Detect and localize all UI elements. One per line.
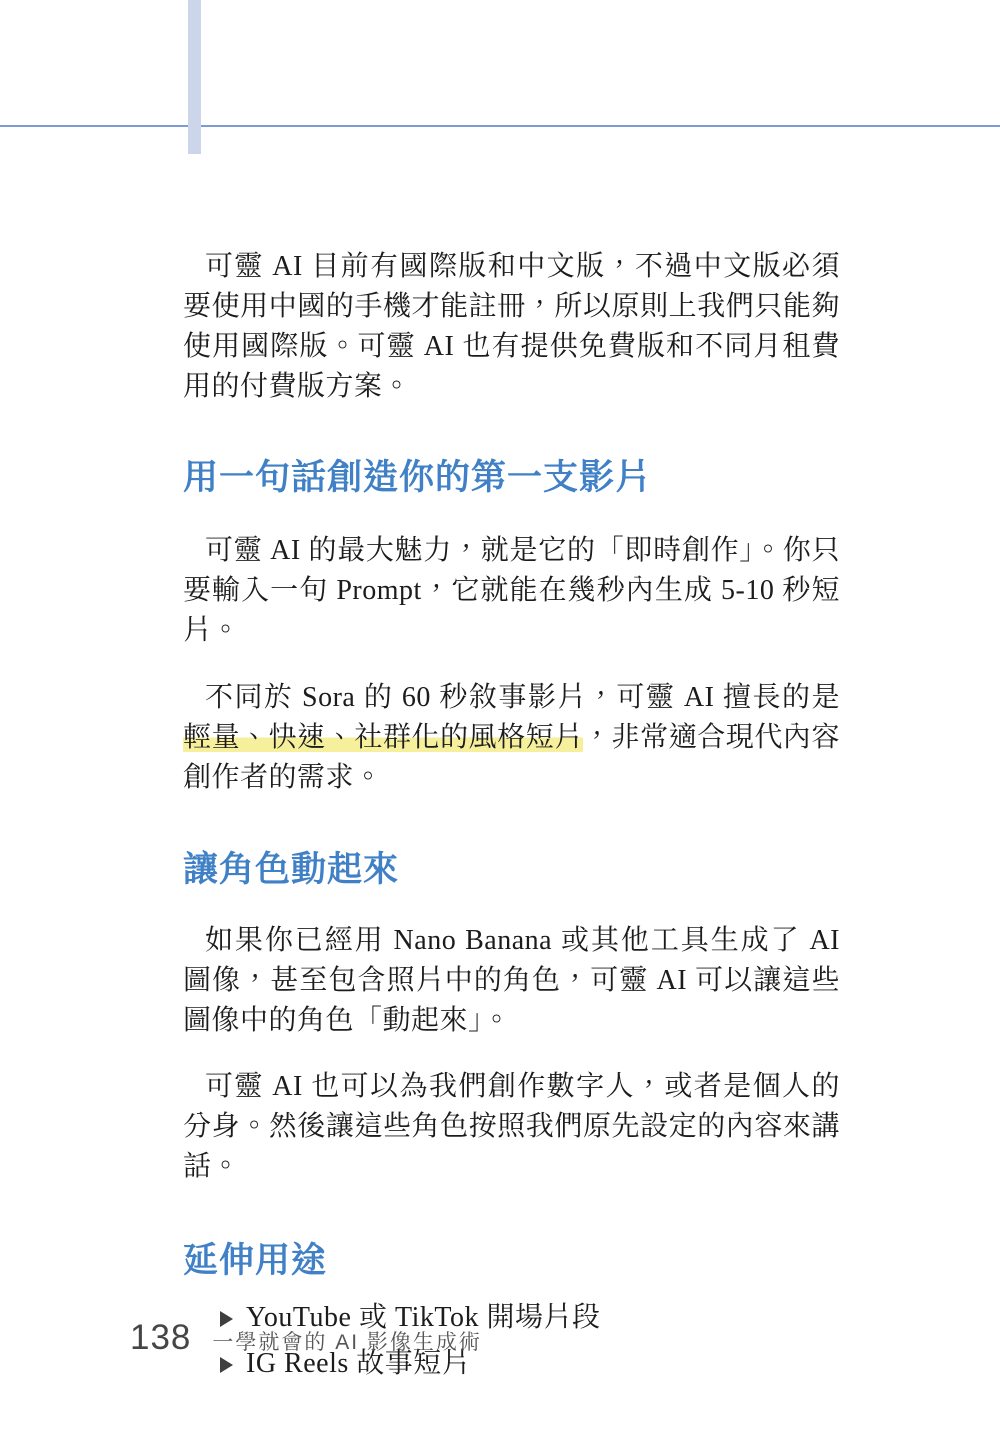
top-accent-bar (188, 0, 201, 154)
page-number: 138 (130, 1318, 191, 1358)
body-paragraph-with-highlight: 不同於 Sora 的 60 秒敘事影片，可靈 AI 擅長的是輕量、快速、社群化的… (183, 678, 840, 798)
intro-paragraph: 可靈 AI 目前有國際版和中文版，不過中文版必須要使用中國的手機才能註冊，所以原… (183, 247, 840, 407)
book-title: 一學就會的 AI 影像生成術 (212, 1326, 482, 1356)
page-footer: 138 一學就會的 AI 影像生成術 (130, 1318, 482, 1358)
book-page: 可靈 AI 目前有國際版和中文版，不過中文版必須要使用中國的手機才能註冊，所以原… (0, 0, 1000, 1430)
section-heading-extended-uses: 延伸用途 (183, 1239, 840, 1283)
body-paragraph: 可靈 AI 也可以為我們創作數字人，或者是個人的分身。然後讓這些角色按照我們原先… (183, 1067, 840, 1187)
body-paragraph: 如果你已經用 Nano Banana 或其他工具生成了 AI 圖像，甚至包含照片… (183, 921, 840, 1041)
body-paragraph: 可靈 AI 的最大魅力，就是它的「即時創作」。你只要輸入一句 Prompt，它就… (183, 531, 840, 651)
triangle-bullet-icon (220, 1357, 233, 1373)
paragraph-text-pre: 不同於 Sora 的 60 秒敘事影片，可靈 AI 擅長的是 (205, 682, 840, 713)
section-heading-first-video: 用一句話創造你的第一支影片 (183, 456, 840, 500)
section-heading-animate-characters: 讓角色動起來 (183, 848, 840, 892)
main-text-column: 可靈 AI 目前有國際版和中文版，不過中文版必須要使用中國的手機才能註冊，所以原… (183, 247, 840, 1390)
top-horizontal-rule (0, 125, 1000, 127)
highlighted-text: 輕量、快速、社群化的風格短片 (183, 722, 583, 753)
